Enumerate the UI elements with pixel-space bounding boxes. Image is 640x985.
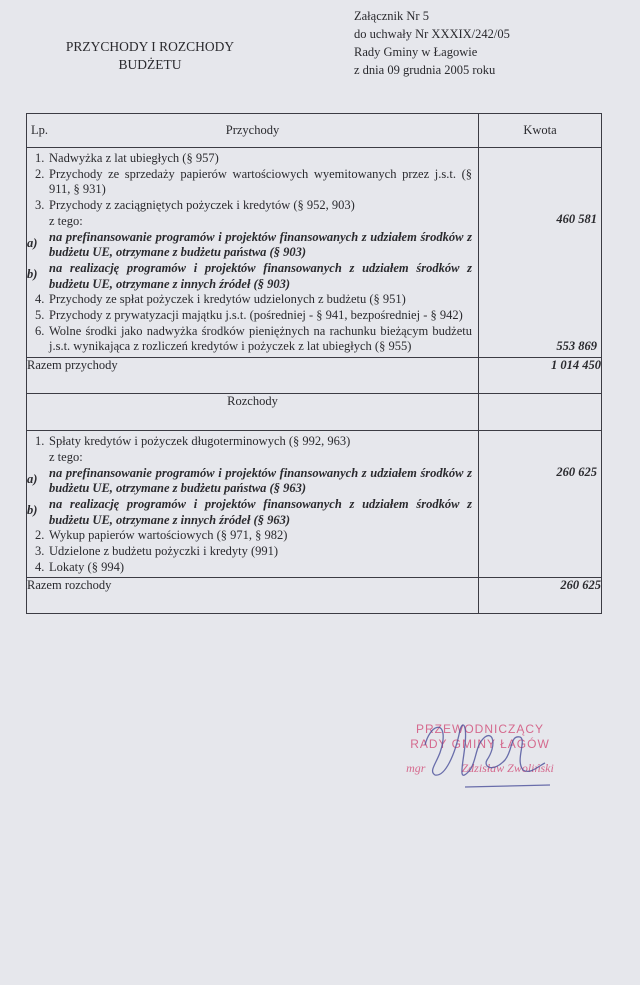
sub-item-text: na prefinansowanie programów i projektów… xyxy=(49,230,472,261)
item-number: 4. xyxy=(35,292,49,308)
item-number: 6. xyxy=(35,324,49,355)
expenses-section-amount xyxy=(479,394,602,431)
sub-item-text: na realizację programów i projektów fina… xyxy=(49,497,472,528)
income-items-row: 1.Nadwyżka z lat ubiegłych (§ 957)2.Przy… xyxy=(27,148,602,358)
list-item: 1.Nadwyżka z lat ubiegłych (§ 957) xyxy=(35,151,472,167)
item-text: Wykup papierów wartościowych (§ 971, § 9… xyxy=(49,528,472,544)
item-text: Nadwyżka z lat ubiegłych (§ 957) xyxy=(49,151,472,167)
expenses-items-row: 1.Spłaty kredytów i pożyczek długotermin… xyxy=(27,431,602,578)
document-title: PRZYCHODY I ROZCHODY BUDŻETU xyxy=(40,38,260,74)
header-income-label: Przychody xyxy=(27,123,478,139)
header-lp: Lp. xyxy=(31,123,48,139)
item-text: Udzielone z budżetu pożyczki i kredyty (… xyxy=(49,544,472,560)
amount-item-3: 460 581 xyxy=(556,212,601,228)
sub-item-letter: b) xyxy=(27,261,49,292)
expenses-items-cell: 1.Spłaty kredytów i pożyczek długotermin… xyxy=(27,431,479,578)
list-item: 2.Wykup papierów wartościowych (§ 971, §… xyxy=(35,528,472,544)
annex-line: do uchwały Nr XXXIX/242/05 xyxy=(354,25,510,43)
amount-item-6: 553 869 xyxy=(556,339,601,355)
sub-item-letter: a) xyxy=(27,230,49,261)
item-number: 2. xyxy=(35,167,49,198)
annex-line: Rady Gminy w Łagowie xyxy=(354,43,510,61)
expenses-total-amount: 260 625 xyxy=(479,578,602,614)
item-text: Lokaty (§ 994) xyxy=(49,560,472,576)
item-text: Przychody ze spłat pożyczek i kredytów u… xyxy=(49,292,472,308)
expenses-section-label: Rozchody xyxy=(27,394,479,431)
item-text: Przychody z zaciągniętych pożyczek i kre… xyxy=(49,198,472,214)
handwritten-signature-icon xyxy=(415,715,565,795)
income-items-cell: 1.Nadwyżka z lat ubiegłych (§ 957)2.Przy… xyxy=(27,148,479,358)
item-number: 4. xyxy=(35,560,49,576)
annex-reference: Załącznik Nr 5 do uchwały Nr XXXIX/242/0… xyxy=(354,7,510,79)
sub-item: a)na prefinansowanie programów i projekt… xyxy=(27,466,472,497)
header-amount: Kwota xyxy=(479,114,602,148)
list-item: 1.Spłaty kredytów i pożyczek długotermin… xyxy=(35,434,472,450)
income-total-row: Razem przychody 1 014 450 xyxy=(27,358,602,394)
item-number: 3. xyxy=(35,544,49,560)
expenses-total-row: Razem rozchody 260 625 xyxy=(27,578,602,614)
sub-item: b)na realizację programów i projektów fi… xyxy=(27,497,472,528)
sub-item-letter: b) xyxy=(27,497,49,528)
sub-items-label: z tego: xyxy=(35,450,472,466)
list-item: 4.Lokaty (§ 994) xyxy=(35,560,472,576)
budget-table: Lp. Przychody Kwota 1.Nadwyżka z lat ubi… xyxy=(26,113,602,614)
item-number: 5. xyxy=(35,308,49,324)
header-income: Lp. Przychody xyxy=(27,114,479,148)
income-total-label: Razem przychody xyxy=(27,358,479,394)
annex-line: z dnia 09 grudnia 2005 roku xyxy=(354,61,510,79)
list-item: 3.Udzielone z budżetu pożyczki i kredyty… xyxy=(35,544,472,560)
sub-item-letter: a) xyxy=(27,466,49,497)
item-text: Wolne środki jako nadwyżka środków pieni… xyxy=(49,324,472,355)
expenses-section-row: Rozchody xyxy=(27,394,602,431)
list-item: 5.Przychody z prywatyzacji majątku j.s.t… xyxy=(35,308,472,324)
item-number: 3. xyxy=(35,198,49,214)
sub-item-text: na realizację programów i projektów fina… xyxy=(49,261,472,292)
item-text: Spłaty kredytów i pożyczek długoterminow… xyxy=(49,434,472,450)
income-amount-cell: 460 581 553 869 xyxy=(479,148,602,358)
table-header-row: Lp. Przychody Kwota xyxy=(27,114,602,148)
title-line-2: BUDŻETU xyxy=(40,56,260,74)
sub-item: b)na realizację programów i projektów fi… xyxy=(27,261,472,292)
list-item: 3.Przychody z zaciągniętych pożyczek i k… xyxy=(35,198,472,214)
title-line-1: PRZYCHODY I ROZCHODY xyxy=(40,38,260,56)
item-text: Przychody z prywatyzacji majątku j.s.t. … xyxy=(49,308,472,324)
item-number: 1. xyxy=(35,151,49,167)
sub-item-text: na prefinansowanie programów i projektów… xyxy=(49,466,472,497)
sub-item: a)na prefinansowanie programów i projekt… xyxy=(27,230,472,261)
list-item: 4.Przychody ze spłat pożyczek i kredytów… xyxy=(35,292,472,308)
annex-line: Załącznik Nr 5 xyxy=(354,7,510,25)
list-item: 2.Przychody ze sprzedaży papierów wartoś… xyxy=(35,167,472,198)
expenses-total-label: Razem rozchody xyxy=(27,578,479,614)
income-total-amount: 1 014 450 xyxy=(479,358,602,394)
item-number: 2. xyxy=(35,528,49,544)
expenses-amount-cell: 260 625 xyxy=(479,431,602,578)
sub-items-label: z tego: xyxy=(35,214,472,230)
amount-expense-1: 260 625 xyxy=(556,465,601,481)
item-text: Przychody ze sprzedaży papierów wartości… xyxy=(49,167,472,198)
list-item: 6.Wolne środki jako nadwyżka środków pie… xyxy=(35,324,472,355)
item-number: 1. xyxy=(35,434,49,450)
